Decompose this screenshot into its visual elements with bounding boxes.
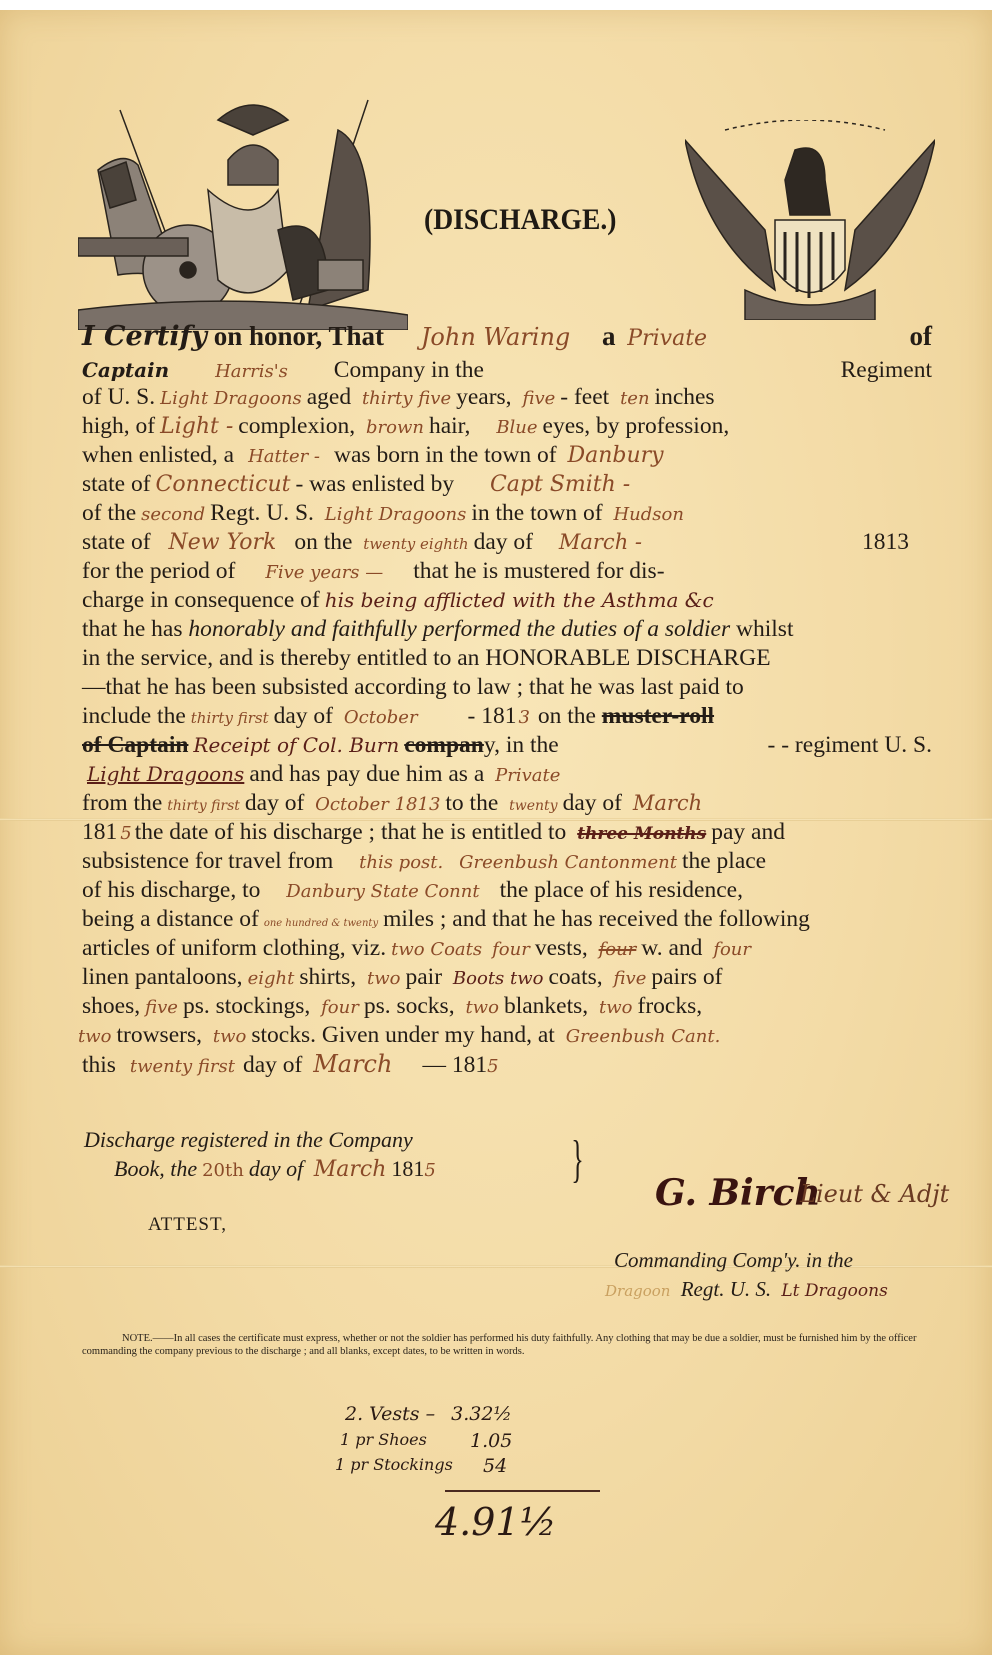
registered-line-1: Discharge registered in the Company bbox=[84, 1126, 934, 1154]
document-title: (DISCHARGE.) bbox=[424, 203, 616, 237]
signature-title: Lieut & Adjt bbox=[800, 1180, 949, 1208]
pay-period-line: from thethirty firstday of October 1813t… bbox=[82, 789, 932, 820]
enlistment-regiment-line: of thesecondRegt. U. S. Light Dragoonsin… bbox=[82, 499, 932, 529]
soldier-rank: Private bbox=[622, 326, 712, 351]
honorable-discharge-line: in the service, and is thereby entitled … bbox=[82, 644, 932, 672]
paid-company-line: of CaptainReceipt of Col. Burncompany, i… bbox=[82, 731, 932, 759]
reason-line: charge in consequence ofhis being afflic… bbox=[82, 586, 932, 614]
clothing-line-3: shoes,fiveps. stockings, fourps. socks, … bbox=[82, 992, 932, 1022]
profession-line: when enlisted, aHatter -was born in the … bbox=[82, 441, 932, 471]
sum-rule bbox=[445, 1490, 600, 1492]
attest-label: ATTEST, bbox=[148, 1214, 227, 1236]
discharge-date-line: 1815the date of his discharge ; that he … bbox=[82, 818, 932, 848]
given-under-hand-line: twotrowsers, twostocks. Given under my h… bbox=[78, 1021, 928, 1051]
discharge-certificate: (DISCHARGE.) I Certify on ho bbox=[0, 10, 992, 1655]
account-item: 1 pr Stockings54 bbox=[335, 1455, 453, 1474]
enlistment-date-line: state ofNew Yorkon the twenty eighthday … bbox=[82, 528, 932, 558]
account-total: 4.91½ bbox=[435, 1500, 556, 1544]
regiment-age-line: of U. S.Light Dragoonsaged thirty fiveye… bbox=[82, 383, 932, 413]
clothing-line-1: articles of uniform clothing, viz.two Co… bbox=[82, 934, 932, 964]
given-date-line: this twenty firstday of March— 1815 bbox=[82, 1050, 932, 1081]
period-line: for the period ofFive years —that he is … bbox=[82, 557, 932, 587]
residence-line: of his discharge, to Danbury State Connt… bbox=[82, 876, 932, 906]
honorably-line: that he has honorably and faithfully per… bbox=[82, 615, 932, 643]
commanding-line: Commanding Comp'y. in the bbox=[614, 1246, 944, 1274]
brace-icon: } bbox=[571, 1130, 583, 1189]
complexion-line: high, ofLight -complexion, brownhair, Bl… bbox=[82, 412, 932, 442]
pay-due-line: Light Dragoonsand has pay due him as a P… bbox=[82, 760, 932, 790]
travel-from-line: subsistence for travel from this post. G… bbox=[82, 847, 932, 877]
commanding-regiment-line: Dragoon Regt. U. S. Lt Dragoons bbox=[600, 1275, 980, 1305]
captain-line: Captain Harris's Company in the Regiment bbox=[82, 356, 932, 386]
captain-name: Harris's bbox=[175, 361, 328, 382]
certify-line: I Certify on honor, That John Waring a P… bbox=[82, 322, 932, 353]
military-trophy-engraving-icon bbox=[78, 90, 408, 330]
enlisted-by-line: state ofConnecticut- was enlisted by Cap… bbox=[82, 470, 932, 499]
soldier-name: John Waring bbox=[391, 323, 575, 351]
discharge-reason: his being afflicted with the Asthma &c bbox=[320, 588, 719, 612]
clothing-line-2: linen pantaloons,eightshirts, twopair Bo… bbox=[82, 963, 932, 993]
subsisted-line: —that he has been subsisted according to… bbox=[82, 673, 932, 701]
eagle-shield-engraving-icon bbox=[685, 120, 935, 320]
signature-name: G. Birch bbox=[655, 1172, 821, 1214]
account-item: 1 pr Shoes1.05 bbox=[340, 1430, 427, 1449]
account-item: 2. Vests – 3.32½ bbox=[345, 1403, 512, 1425]
instructions-note: NOTE.——In all cases the certificate must… bbox=[82, 1332, 938, 1358]
last-paid-line: include thethirty firstday of October- 1… bbox=[82, 702, 932, 732]
